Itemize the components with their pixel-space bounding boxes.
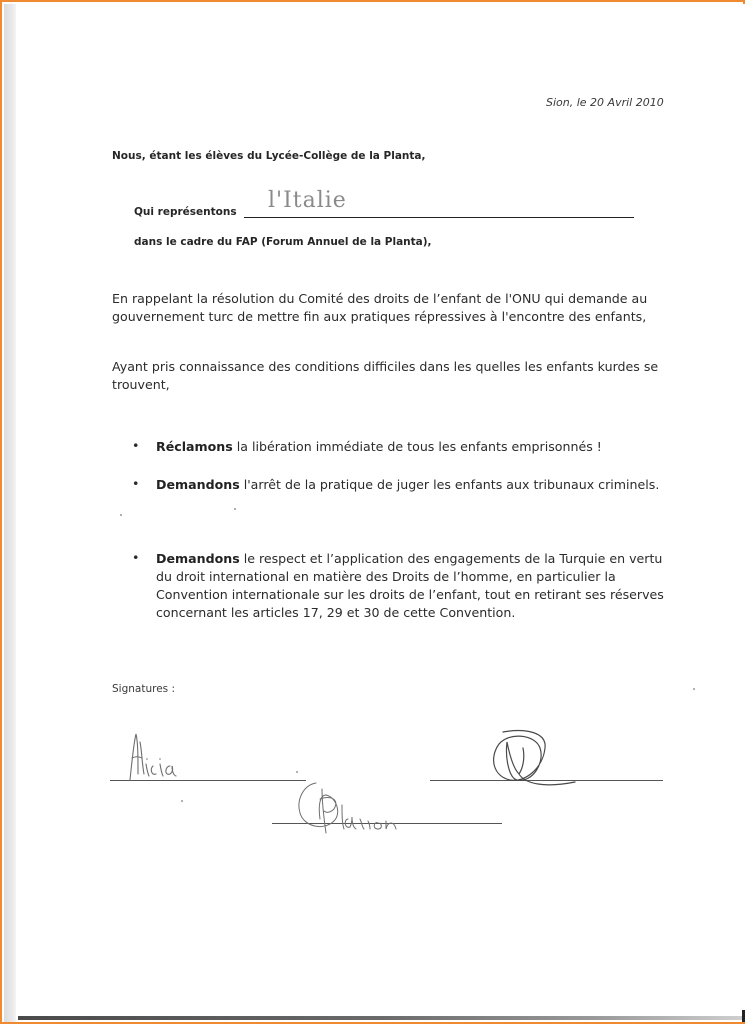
clause-verb: Demandons: [156, 477, 240, 492]
handwritten-country: l'Italie: [268, 188, 347, 213]
represent-label: Qui représentons: [134, 206, 237, 218]
scan-left-edge: [4, 4, 16, 1022]
bullet-icon: •: [132, 550, 139, 565]
scan-speck: [181, 800, 183, 802]
framework-line: dans le cadre du FAP (Forum Annuel de la…: [134, 236, 432, 248]
scan-speck: [234, 508, 236, 510]
clause-text: l'arrêt de la pratique de juger les enfa…: [240, 477, 660, 492]
scan-speck: [693, 688, 695, 690]
scan-speck: [296, 771, 298, 773]
represent-fill-line: [244, 217, 634, 218]
bullet-icon: •: [132, 476, 139, 491]
scan-speck: [120, 514, 122, 516]
signatures-label: Signatures :: [112, 683, 175, 695]
signature-right: [485, 728, 595, 798]
clause-1: Réclamons la libération immédiate de tou…: [156, 438, 676, 456]
bullet-icon: •: [132, 438, 139, 453]
intro-line: Nous, étant les élèves du Lycée-Collège …: [112, 150, 426, 162]
signature-center: [290, 775, 410, 837]
signature-left: [120, 730, 190, 785]
clause-3: Demandons le respect et l’application de…: [156, 550, 676, 622]
clause-verb: Réclamons: [156, 439, 233, 454]
scan-bottom-shadow: [18, 1016, 743, 1020]
clause-text: la libération immédiate de tous les enfa…: [233, 439, 602, 454]
place-date: Sion, le 20 Avril 2010: [546, 96, 664, 109]
preamble-paragraph-1: En rappelant la résolution du Comité des…: [112, 290, 672, 326]
preamble-paragraph-2: Ayant pris connaissance des conditions d…: [112, 358, 672, 394]
clause-verb: Demandons: [156, 551, 240, 566]
clause-2: Demandons l'arrêt de la pratique de juge…: [156, 476, 676, 494]
